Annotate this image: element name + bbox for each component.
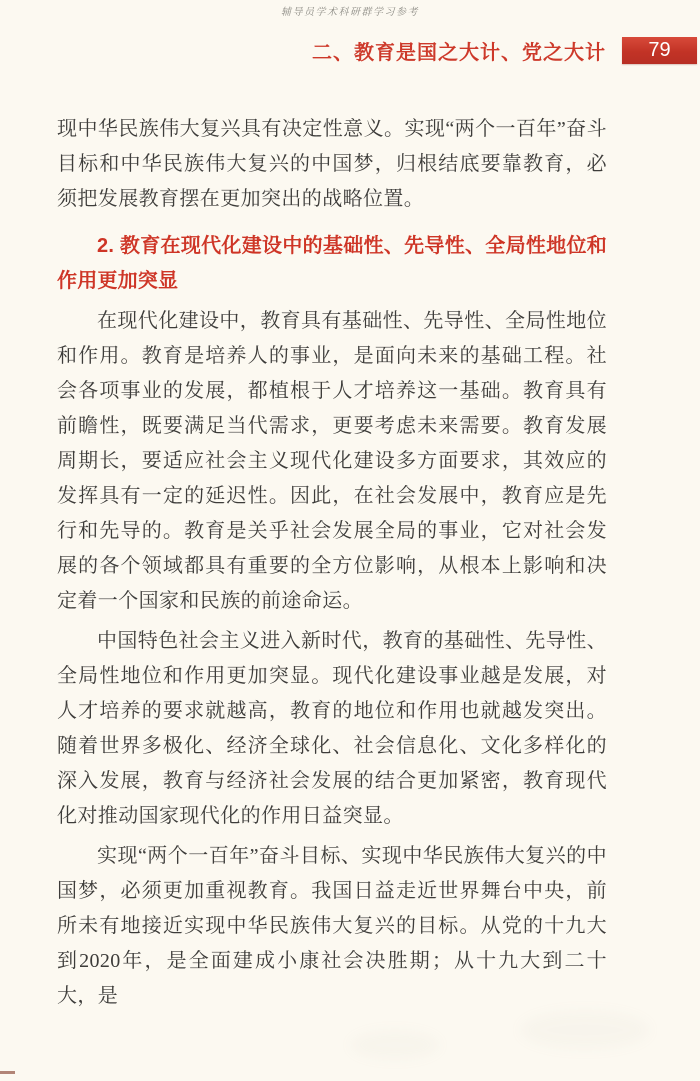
show-through-smudge xyxy=(520,1010,650,1050)
book-page: 辅导员学术科研群学习参考 二、教育是国之大计、党之大计 79 现中华民族伟大复兴… xyxy=(0,0,700,1081)
paragraph: 实现“两个一百年”奋斗目标、实现中华民族伟大复兴的中国梦，必须更加重视教育。我国… xyxy=(57,839,607,1014)
paragraph-continuation: 现中华民族伟大复兴具有决定性意义。实现“两个一百年”奋斗目标和中华民族伟大复兴的… xyxy=(57,112,607,217)
show-through-smudge xyxy=(350,1030,440,1060)
body-text-block: 现中华民族伟大复兴具有决定性意义。实现“两个一百年”奋斗目标和中华民族伟大复兴的… xyxy=(57,112,607,1014)
subsection-heading: 2. 教育在现代化建设中的基础性、先导性、全局性地位和作用更加突显 xyxy=(57,229,607,299)
watermark-text: 辅导员学术科研群学习参考 xyxy=(0,3,700,18)
scan-artifact-mark xyxy=(0,1071,15,1074)
page-number-badge: 79 xyxy=(622,37,697,64)
paragraph: 中国特色社会主义进入新时代，教育的基础性、先导性、全局性地位和作用更加突显。现代… xyxy=(57,624,607,834)
section-title: 二、教育是国之大计、党之大计 xyxy=(312,36,606,65)
paragraph: 在现代化建设中，教育具有基础性、先导性、全局性地位和作用。教育是培养人的事业，是… xyxy=(57,304,607,619)
running-header: 二、教育是国之大计、党之大计 79 xyxy=(0,36,700,64)
page-number: 79 xyxy=(648,39,670,62)
